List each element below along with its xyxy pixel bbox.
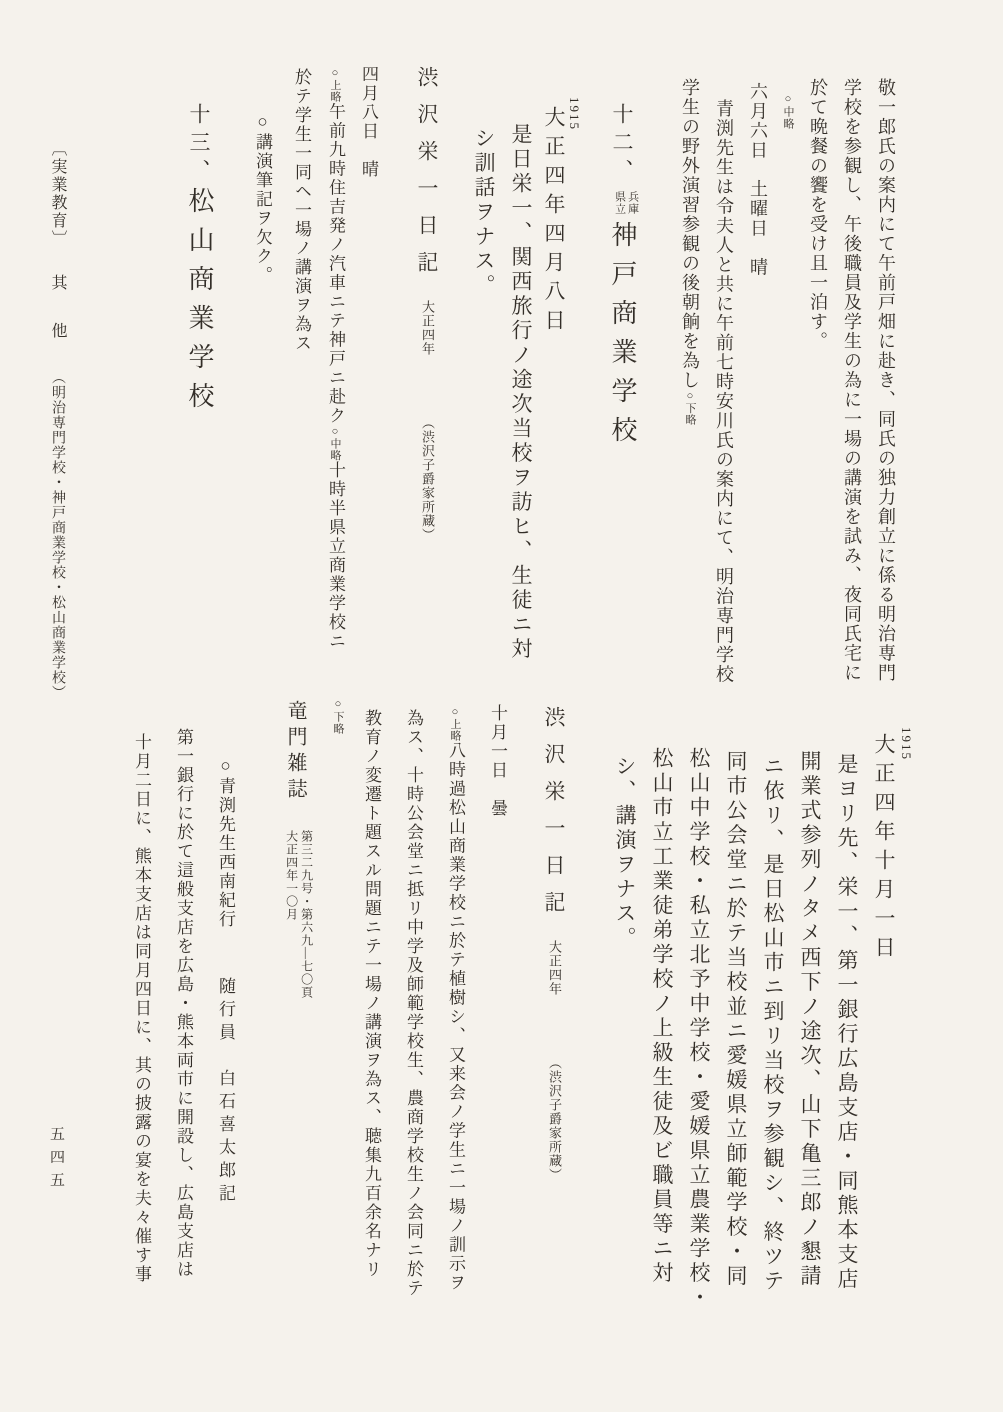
omission-note: ○中略 <box>775 62 801 674</box>
diary-line: ○上略八時過松山商業学校ニ於テ植樹シ、又来会ノ学生ニ一場ノ訓示ヲ <box>434 698 476 1358</box>
summary-line: 同市公会堂ニ於テ当校並ニ愛媛県立師範学校・同 <box>717 698 754 1358</box>
summary-line: 松山中学校・私立北予中学校・愛媛県立農業学校・ <box>680 698 717 1358</box>
travelogue-title-line: ○青渕先生西南紀行随行員 白石喜太郎記 <box>204 698 246 1358</box>
quote-text: 学生の野外演習参観の後朝餉を為し <box>680 78 700 390</box>
summary-line: 是ヨリ先、栄一、第一銀行広島支店・同熊本支店 <box>828 698 865 1358</box>
travelogue-line: 十月二日に、熊本支店は同月四日に、其の披露の宴を夫々催す事 <box>120 698 162 1358</box>
diary-text: 午前九時住吉発ノ汽車ニテ神戸ニ赴ク <box>326 103 345 426</box>
summary-line: 開業式参列ノタメ西下ノ途次、山下亀三郎ノ懇請 <box>791 698 828 1358</box>
source-citation: 渋沢栄一日記大正四年（渋沢子爵家所蔵） <box>405 62 449 674</box>
entry-date-heading: 大正四年四月八日 <box>539 62 569 674</box>
prefecture-annotation: 兵庫県立 <box>613 191 639 215</box>
quote-line: 敬一郎氏の案内にて午前戸畑に赴き、同氏の独力創立に係る明治専門 <box>869 62 903 674</box>
section-heading-13: 十三、松山商業学校 <box>176 62 222 674</box>
omission-note: ○上略 <box>329 67 341 103</box>
section-number: 十二、 <box>610 103 634 187</box>
editorial-footnote: ○講演筆記ヲ欠ク。 <box>246 62 279 674</box>
margin-note-line: 〔実業教育〕其 他（明治専門学校・神戸商業学校・松山商業学校） <box>42 140 72 700</box>
omission-note: ○下略 <box>684 390 696 426</box>
magazine-title: 竜門雑誌 <box>284 700 306 804</box>
source-year: 大正四年 <box>547 940 562 996</box>
section-number: 十三、 <box>187 103 211 187</box>
travelogue-line: 第一銀行に於て這般支店を広島・熊本両市に開設し、広島支店は <box>162 698 204 1358</box>
diary-line: 教育ノ変遷ト題スル問題ニテ一場ノ講演ヲ為ス、聴集九百余名ナリ <box>350 698 392 1358</box>
quote-line: 於て晩餐の饗を受け且一泊す。 <box>801 62 835 674</box>
magazine-citation: 竜門雑誌第三二九号・第六九—七〇頁大正四年一〇月 <box>272 698 318 1358</box>
margin-running-head: 〔実業教育〕其 他（明治専門学校・神戸商業学校・松山商業学校） <box>42 140 72 700</box>
summary-line: 松山市立工業徒弟学校ノ上級生徒及ビ職員等ニ対 <box>643 698 680 1358</box>
diary-date-line: 四月八日 晴 <box>352 62 385 674</box>
diary-text: 十時半県立商業学校ニ <box>326 461 345 651</box>
quote-line: 学校を参観し、午後職員及学生の為に一場の講演を試み、夜同氏宅に <box>835 62 869 674</box>
quote-line: 青渕先生は令夫人と共に午前七時安川氏の案内にて、明治専門学校 <box>707 62 741 674</box>
omission-note: ○下略 <box>326 698 350 1358</box>
omission-note: ○中略 <box>329 426 341 462</box>
diary-line: ○上略午前九時住吉発ノ汽車ニテ神戸ニ赴ク○中略十時半県立商業学校ニ <box>318 62 352 674</box>
travelogue-title: ○青渕先生西南紀行 <box>216 756 235 929</box>
omission-note: ○上略 <box>449 706 461 742</box>
summary-line: ニ依リ、是日松山市ニ到リ当校ヲ参観シ、終ツテ <box>754 698 791 1358</box>
lower-text-block: 1915 大正四年十月一日 是ヨリ先、栄一、第一銀行広島支店・同熊本支店 開業式… <box>120 698 913 1358</box>
summary-line: シ、講演ヲナス。 <box>606 698 643 1358</box>
source-title: 渋沢栄一日記 <box>415 66 439 288</box>
western-year-label: 1915 <box>567 62 581 674</box>
annotation-col: 県立 <box>613 191 626 215</box>
school-name: 松山商業学校 <box>185 187 214 421</box>
diary-date-line: 十月一日 曇 <box>476 698 518 1358</box>
diary-line: 於テ学生一同ヘ一場ノ講演ヲ為ス <box>285 62 318 674</box>
section-heading-12: 十二、兵庫県立神戸商業学校 <box>599 62 645 674</box>
upper-text-block: 敬一郎氏の案内にて午前戸畑に赴き、同氏の独力創立に係る明治専門 学校を参観し、午… <box>176 62 903 674</box>
diary-line: 為ス、十時公会堂ニ抵リ中学及師範学校生、農商学校生ノ会同ニ於テ <box>392 698 434 1358</box>
annotation-col: 大正四年一〇月 <box>284 830 299 999</box>
annotation-col: 兵庫 <box>626 191 639 215</box>
page-number: 五四五 <box>46 1126 67 1195</box>
school-name: 神戸商業学校 <box>608 221 637 455</box>
source-citation: 渋沢栄一日記大正四年（渋沢子爵家所蔵） <box>532 698 576 1358</box>
school-list: （明治専門学校・神戸商業学校・松山商業学校） <box>50 370 65 700</box>
summary-line: シ訓話ヲナス。 <box>465 62 502 674</box>
entry-date-heading: 大正四年十月一日 <box>869 698 899 1358</box>
scanned-book-page: 敬一郎氏の案内にて午前戸畑に赴き、同氏の独力創立に係る明治専門 学校を参観し、午… <box>0 0 1003 1412</box>
quote-line: 学生の野外演習参観の後朝餉を為し○下略 <box>673 62 707 674</box>
western-year-label: 1915 <box>899 698 913 1358</box>
source-year: 大正四年 <box>420 300 435 356</box>
other-label: 其 他 <box>49 274 66 346</box>
annotation-col: 第三二九号・第六九—七〇頁 <box>299 830 314 999</box>
diary-date-line: 六月六日 土曜日 晴 <box>741 62 775 674</box>
source-owner: （渋沢子爵家所蔵） <box>420 416 435 542</box>
travelogue-author: 随行員 白石喜太郎記 <box>216 977 235 1207</box>
magazine-issue-annotation: 第三二九号・第六九—七〇頁大正四年一〇月 <box>284 830 314 999</box>
category-label: 〔実業教育〕 <box>49 140 66 248</box>
source-owner: （渋沢子爵家所蔵） <box>547 1056 562 1182</box>
source-title: 渋沢栄一日記 <box>542 706 566 928</box>
diary-text: 八時過松山商業学校ニ於テ植樹シ、又来会ノ学生ニ一場ノ訓示ヲ <box>446 742 465 1293</box>
summary-line: 是日栄一、関西旅行ノ途次当校ヲ訪ヒ、生徒ニ対 <box>502 62 539 674</box>
